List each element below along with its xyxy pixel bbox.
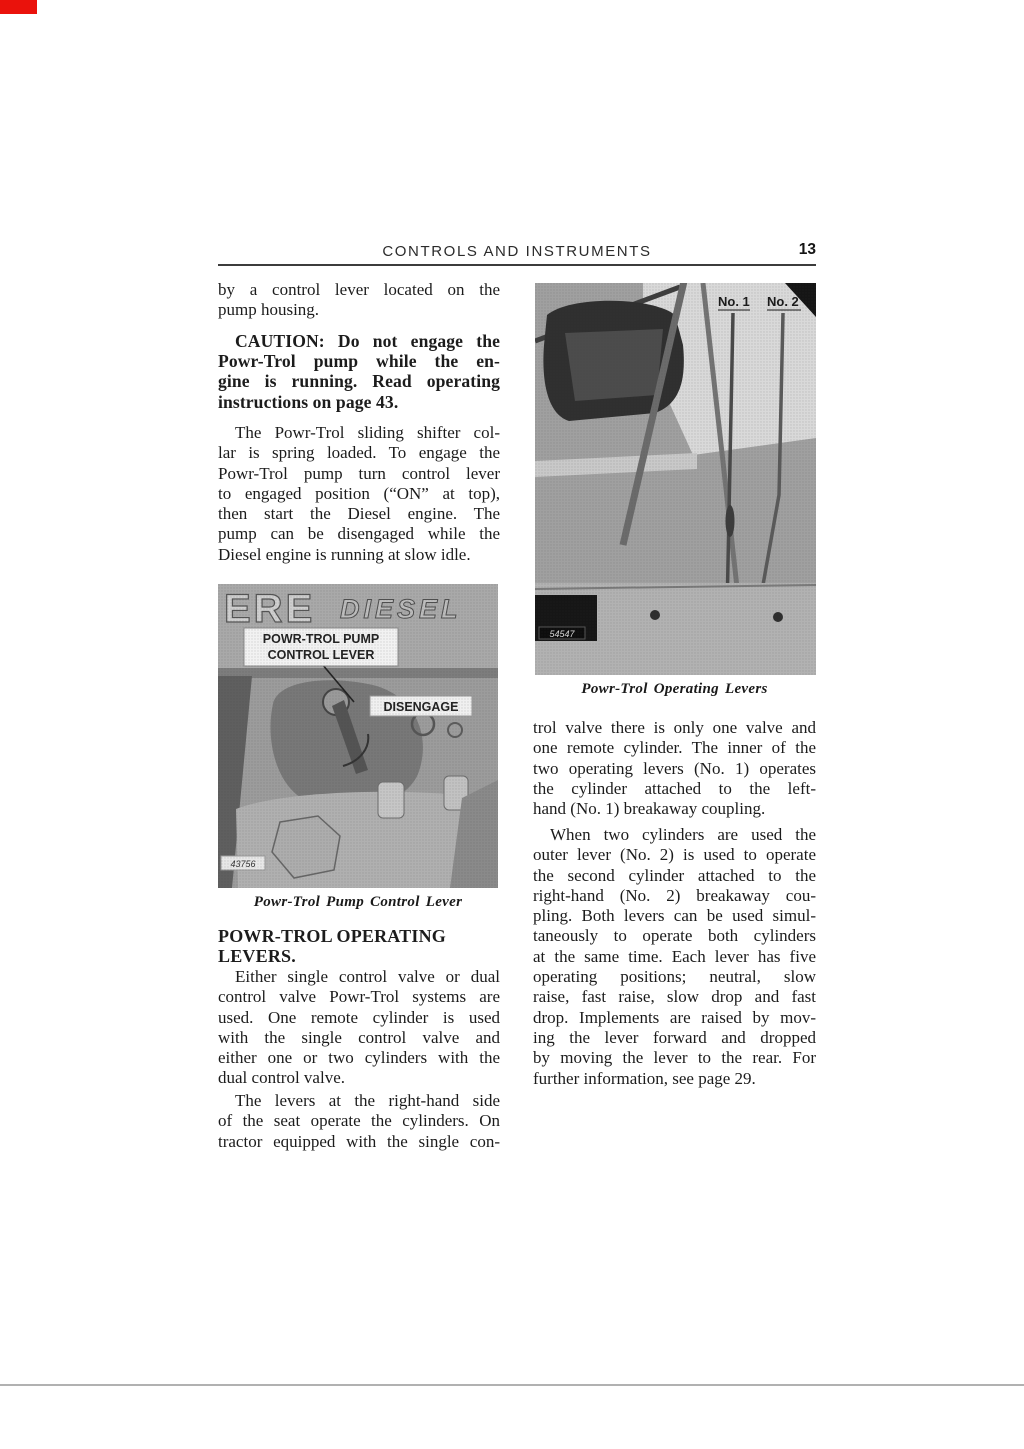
operating-levers-photo: 54547 No. 1 No. 2 [535,283,816,675]
paragraph-levers-seat: The levers at the right-hand sideof the … [218,1091,500,1152]
pump-control-photo: ERE DIESEL POWR-TROL PUMP CONTROL LEVER [218,584,498,888]
figure-operating-levers: 54547 No. 1 No. 2 [535,283,816,675]
header-rule [218,264,816,266]
figure-caption-pump: Powr-Trol Pump Control Lever [218,894,498,911]
manual-page: CONTROLS AND INSTRUMENTS 13 by a control… [0,0,1024,1449]
paragraph-intro: by a control lever located on thepump ho… [218,280,500,321]
figure-caption-operating-levers: Powr-Trol Operating Levers [533,681,816,698]
figure-pump-control-lever: ERE DIESEL POWR-TROL PUMP CONTROL LEVER [218,584,498,888]
caution-paragraph: CAUTION: Do not engage thePowr-Trol pump… [218,331,500,412]
paragraph-either-valve: Either single control valve or dualcontr… [218,967,500,1089]
paragraph-shifter-collar: The Powr-Trol sliding shifter col-lar is… [218,423,500,565]
paragraph-trol-valve: trol valve there is only one valve andon… [533,718,816,819]
page-number: 13 [760,241,816,259]
section-heading-operating-levers: POWR-TROL OPERATINGLEVERS. [218,927,500,966]
running-header-title: CONTROLS AND INSTRUMENTS [218,243,816,260]
paragraph-two-cylinders: When two cylinders are used theouter lev… [533,825,816,1089]
page-bottom-divider [0,1384,1024,1386]
scan-red-marker [0,0,37,14]
